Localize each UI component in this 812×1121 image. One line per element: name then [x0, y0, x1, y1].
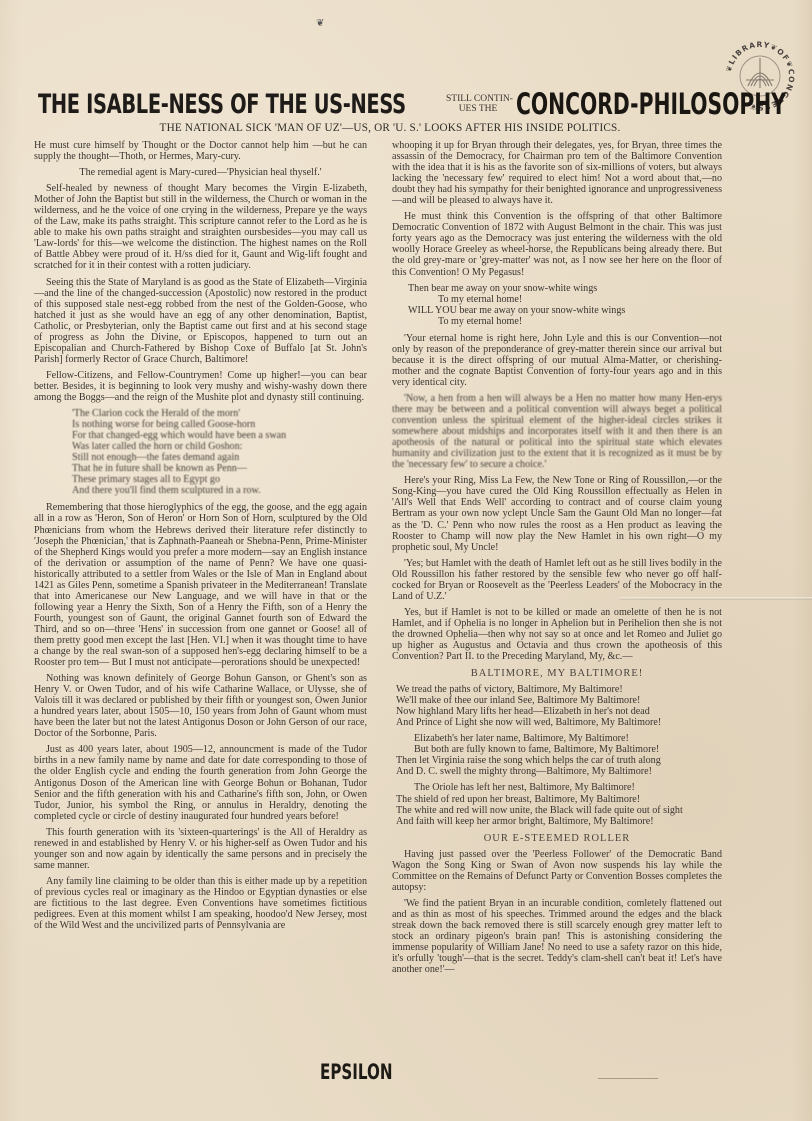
right-column: whooping it up for Bryan through their d… [392, 140, 722, 980]
masthead: THE ISABLE-NESS OF THE US-NESS STILL CON… [38, 84, 738, 124]
song-stanza: The Oriole has left her nest, Baltimore,… [396, 782, 722, 826]
paragraph: 'Now, a hen from a hen will always be a … [392, 393, 722, 470]
left-column: He must cure himself by Thought or the D… [34, 140, 367, 936]
poem-verse: Then bear me away on your snow-white win… [408, 283, 722, 327]
paragraph: whooping it up for Bryan through their d… [392, 140, 722, 206]
paragraph: Fellow-Citizens, and Fellow-Countrymen! … [34, 370, 367, 403]
newspaper-page: ❦ ❦LIBRARY❦OF❦CONGRESS❦ THE ISABLE-NESS … [0, 0, 812, 1121]
paragraph: This fourth generation with its 'sixteen… [34, 827, 367, 871]
masthead-connector: STILL CONTIN- UES THE [446, 94, 510, 114]
paragraph: He must cure himself by Thought or the D… [34, 140, 367, 162]
section-heading-roller: OUR E-STEEMED ROLLER [392, 833, 722, 844]
paper-fold-crease [620, 597, 812, 600]
paragraph: Yes, but if Hamlet is not to be killed o… [392, 607, 722, 662]
subheadline: THE NATIONAL SICK 'MAN OF UZ'—US, OR 'U.… [60, 122, 720, 134]
divider [598, 1078, 658, 1079]
paragraph: Any family line claiming to be older tha… [34, 876, 367, 931]
poem-verse: 'The Clarion cock the Herald of the morn… [72, 408, 367, 496]
paragraph: Self-healed by newness of thought Mary b… [34, 183, 367, 271]
paragraph: Seeing this the State of Maryland is as … [34, 277, 367, 365]
song-stanza: We tread the paths of victory, Baltimore… [396, 684, 722, 728]
paragraph: 'We find the patient Bryan in an incurab… [392, 898, 722, 975]
paragraph: Here's your Ring, Miss La Few, the New T… [392, 475, 722, 552]
masthead-right-title: CONCORD-PHILOSOPHY [516, 87, 786, 121]
paragraph: Having just passed over the 'Peerless Fo… [392, 849, 722, 893]
paragraph: 'Your eternal home is right here, John L… [392, 333, 722, 388]
masthead-left-title: THE ISABLE-NESS OF THE US-NESS [38, 89, 297, 120]
paragraph: 'Yes; but Hamlet with the death of Hamle… [392, 558, 722, 602]
author-signature: EPSILON [320, 1060, 393, 1084]
paragraph: Just as 400 years later, about 1905—12, … [34, 744, 367, 821]
section-heading-baltimore: BALTIMORE, MY BALTIMORE! [392, 668, 722, 679]
paragraph: He must think this Convention is the off… [392, 211, 722, 277]
paragraph: Remembering that those hieroglyphics of … [34, 502, 367, 668]
printer-mark: ❦ [316, 18, 324, 29]
song-stanza: Elizabeth's her later name, Baltimore, M… [396, 733, 722, 777]
paragraph: The remedial agent is Mary-cured—'Physic… [34, 167, 367, 178]
paragraph: Nothing was known definitely of George B… [34, 673, 367, 739]
